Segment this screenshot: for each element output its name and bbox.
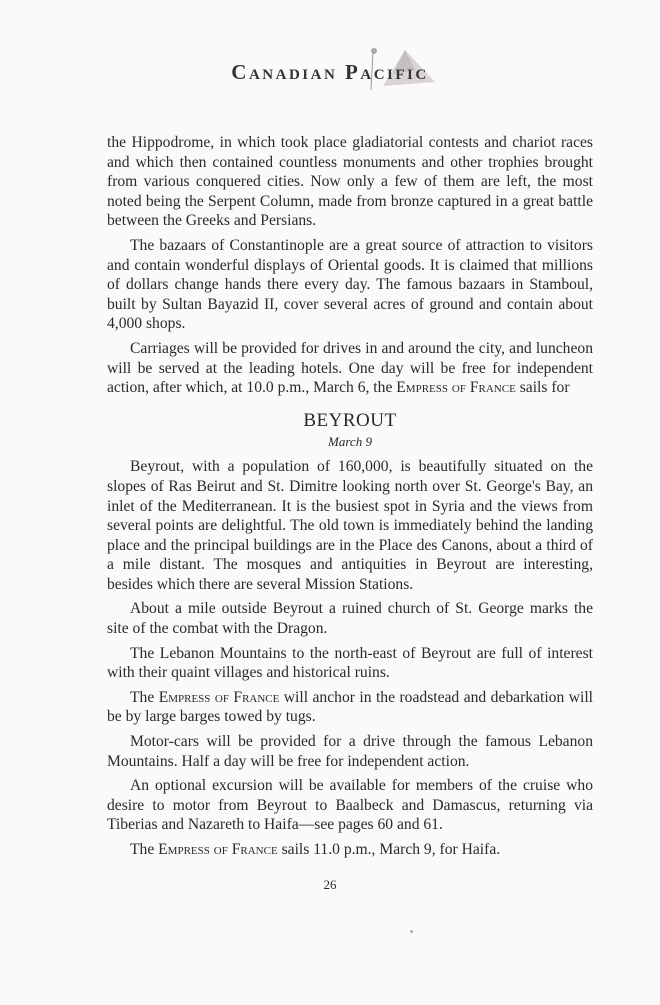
paragraph-st-george: About a mile outside Beyrout a ruined ch…	[107, 599, 593, 638]
paragraph-hippodrome: the Hippodrome, in which took place glad…	[107, 133, 593, 231]
sailing-post: sails 11.0 p.m., March 9, for Haifa.	[278, 841, 500, 858]
page-body: the Hippodrome, in which took place glad…	[107, 133, 593, 865]
brand-name: Canadian Pacific	[231, 60, 428, 84]
paragraph-beyrout-intro: Beyrout, with a population of 160,000, i…	[107, 457, 593, 594]
page-number: 26	[0, 877, 660, 893]
sails-for-text: sails for	[516, 379, 570, 396]
paragraph-carriages: Carriages will be provided for drives in…	[107, 339, 593, 398]
paragraph-excursion: An optional excursion will be available …	[107, 776, 593, 835]
paragraph-sailing: The Empress of France sails 11.0 p.m., M…	[107, 840, 593, 860]
section-title: BEYROUT	[107, 410, 593, 432]
paragraph-lebanon: The Lebanon Mountains to the north-east …	[107, 644, 593, 683]
ship-name: Empress of France	[158, 841, 278, 858]
paragraph-bazaars: The bazaars of Constantinople are a grea…	[107, 236, 593, 334]
paragraph-motor-cars: Motor-cars will be provided for a drive …	[107, 732, 593, 771]
brand-logo: Canadian Pacific	[231, 60, 428, 85]
section-date: March 9	[107, 432, 593, 452]
ship-name: Empress of France	[159, 689, 280, 706]
paragraph-anchor: The Empress of France will anchor in the…	[107, 688, 593, 727]
ship-name: Empress of France	[396, 379, 516, 396]
sailing-pre: The	[130, 841, 158, 858]
anchor-pre: The	[130, 689, 159, 706]
paper-speck	[410, 930, 413, 933]
page-header: Canadian Pacific	[0, 60, 660, 85]
